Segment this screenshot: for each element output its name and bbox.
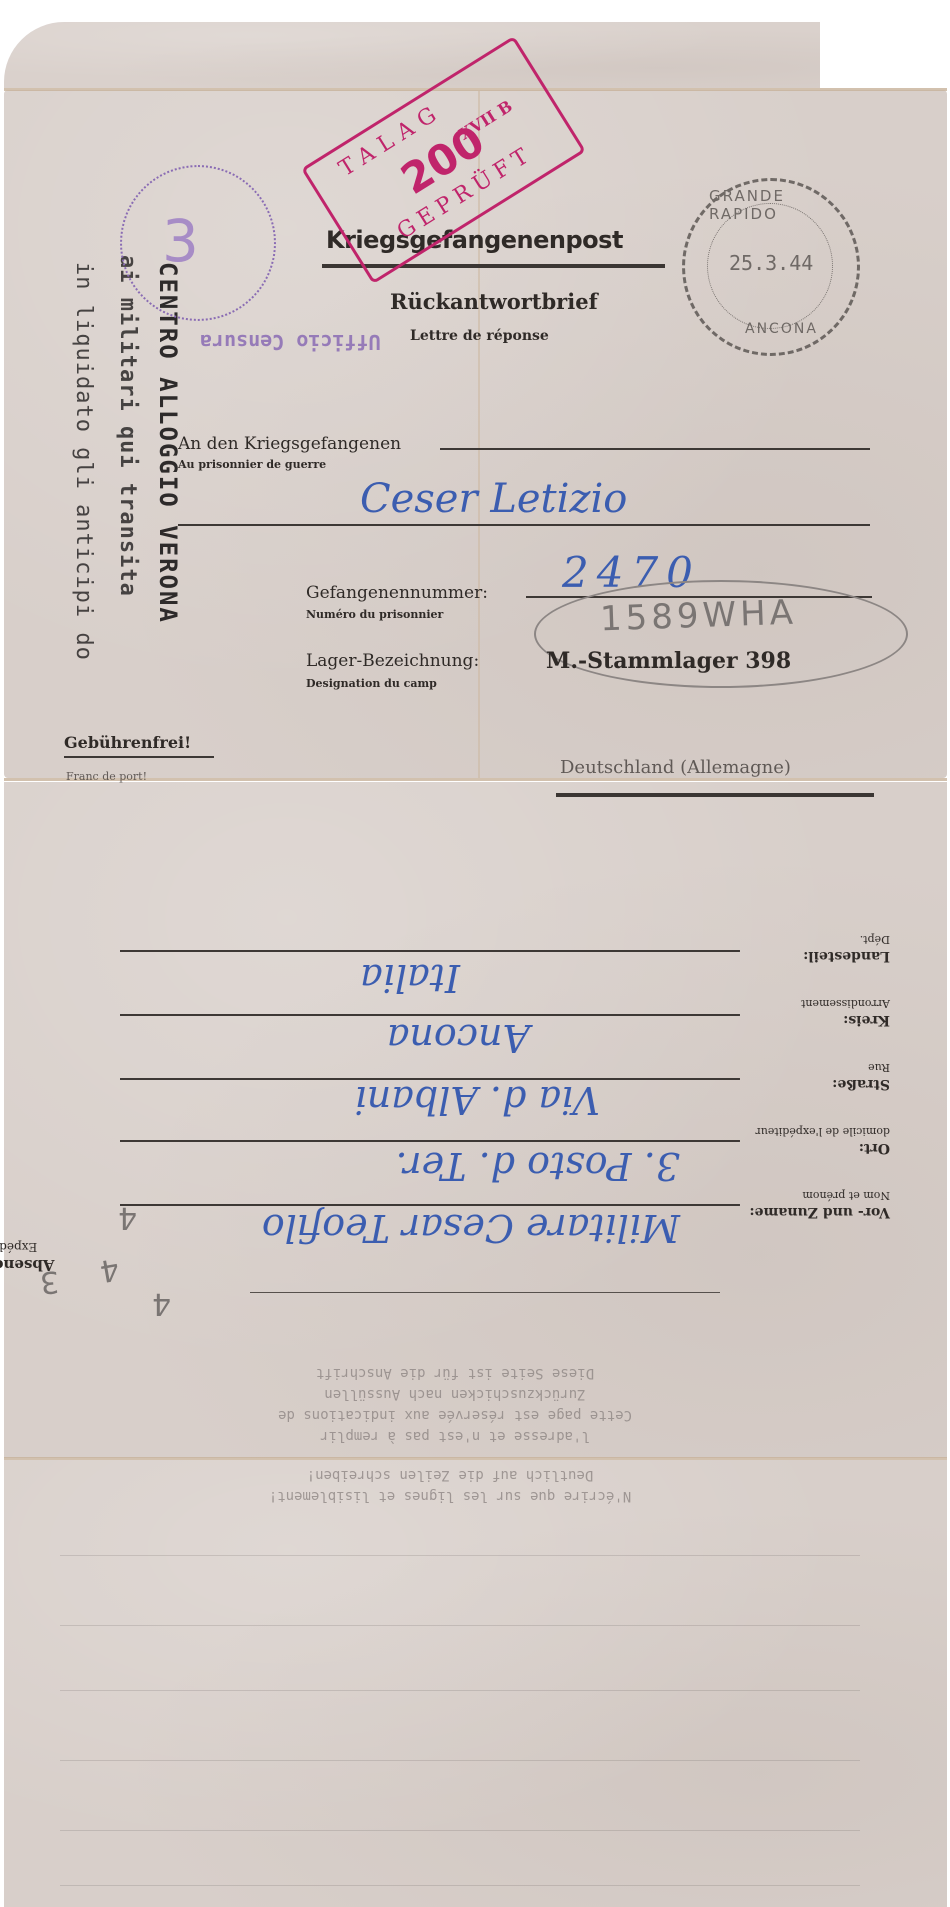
faint-line: N'écrire que sur les lignes et lisibleme…: [240, 1485, 660, 1506]
pencil-mark: 4: [118, 1200, 137, 1235]
stamp-numeral: 3: [162, 207, 199, 275]
postmark-date: 25.3.44: [729, 251, 813, 275]
field-strasse-label-fr: Rue: [868, 1061, 890, 1074]
recipient-name-handwritten: Ceser Letizio: [360, 476, 627, 522]
faint-rule: [60, 1690, 860, 1691]
field-strasse-label: Straße:: [832, 1076, 890, 1092]
violet-circle-stamp: 3: [120, 165, 276, 321]
postage-free-rule: [64, 756, 214, 758]
field-name-value: Militare Cesar Teofilo: [262, 1206, 680, 1250]
faint-rule: [60, 1760, 860, 1761]
faint-instructions-b: N'écrire que sur les lignes et lisibleme…: [240, 1464, 660, 1506]
censor-violet-text: Ufficio Censura: [200, 330, 381, 354]
postage-free-fr: Franc de port!: [66, 770, 147, 783]
form-subtitle-fr: Lettre de réponse: [410, 328, 549, 344]
recipient-line-2: [178, 524, 870, 526]
field-ort-label: Ort:: [859, 1140, 890, 1156]
torn-corner: [820, 0, 950, 88]
postage-free: Gebührenfrei!: [64, 733, 191, 752]
field-ort-line: [120, 1141, 740, 1143]
field-landesteil-value: Italia: [360, 956, 460, 1000]
faint-line: Cette page est réservée aux indications …: [220, 1404, 690, 1425]
letter-panel: [4, 1460, 947, 1907]
form-subtitle: Rückantwortbrief: [390, 289, 598, 314]
country: Deutschland (Allemagne): [560, 757, 791, 778]
field-kreis-label: Kreis:: [843, 1012, 890, 1028]
postmark-place: GRANDE RAPIDO: [709, 187, 857, 223]
prisoner-number-label: Gefangenennummer:: [306, 583, 488, 603]
field-landesteil-label: Landesteil:: [803, 948, 890, 964]
top-flap: [4, 22, 824, 88]
pencil-mark: 4: [152, 1286, 171, 1321]
stamp-liquidato: in liquidato gli anticipi do: [71, 262, 96, 661]
recipient-label-fr: Au prisonnier de guerre: [178, 458, 326, 471]
recipient-line: [440, 448, 870, 450]
faint-rule: [60, 1830, 860, 1831]
fold-line: [4, 1457, 947, 1460]
field-name-label: Vor- und Zuname:: [749, 1204, 890, 1220]
postmark-city: ANCONA: [745, 321, 818, 337]
field-landesteil-line: [120, 951, 740, 953]
field-kreis-label-fr: Arrondissement: [801, 997, 890, 1010]
recipient-label: An den Kriegsgefangenen: [178, 434, 401, 454]
field-ort-value: 3. Posto d. Ter.: [396, 1144, 680, 1188]
camp-value: M.-Stammlager 398: [546, 648, 791, 674]
faint-instructions-a: l'adresse et n'est pas à remplir Cette p…: [220, 1362, 690, 1446]
camp-label: Lager-Bezeichnung:: [306, 651, 479, 671]
field-ort-label-fr: domicile de l'expéditeur: [755, 1125, 890, 1138]
field-strasse-value: Via d. Albani: [355, 1078, 600, 1122]
postmark: GRANDE RAPIDO 25.3.44 ANCONA: [682, 178, 860, 356]
faint-line: Zurückzuschicken nach Aussüllen: [220, 1383, 690, 1404]
stamp-militari-transita: ai militari qui transita: [115, 255, 140, 597]
field-name-label-fr: Nom et prénom: [802, 1189, 890, 1202]
country-rule: [556, 793, 874, 797]
pencil-annotation: 1589WHA: [599, 593, 797, 640]
camp-label-fr: Designation du camp: [306, 677, 437, 690]
divider-line: [250, 1292, 720, 1293]
faint-rule: [60, 1555, 860, 1556]
sender-block: Absender: Expéditeur Vor- und Zuname: No…: [120, 880, 740, 1270]
pencil-mark: 3: [39, 1263, 61, 1300]
field-landesteil-label-fr: Dépt.: [860, 933, 890, 946]
faint-line: Deutlich auf die Zeilen schreiben!: [240, 1464, 660, 1485]
faint-rule: [60, 1885, 860, 1886]
faint-line: l'adresse et n'est pas à remplir: [220, 1425, 690, 1446]
prisoner-number-label-fr: Numéro du prisonnier: [306, 608, 443, 621]
field-kreis-value: Ancona: [387, 1016, 530, 1060]
sender-label-fr: Expéditeur: [0, 1240, 37, 1254]
faint-rule: [60, 1625, 860, 1626]
faint-line: Diese Seite ist für die Anschrift: [220, 1362, 690, 1383]
